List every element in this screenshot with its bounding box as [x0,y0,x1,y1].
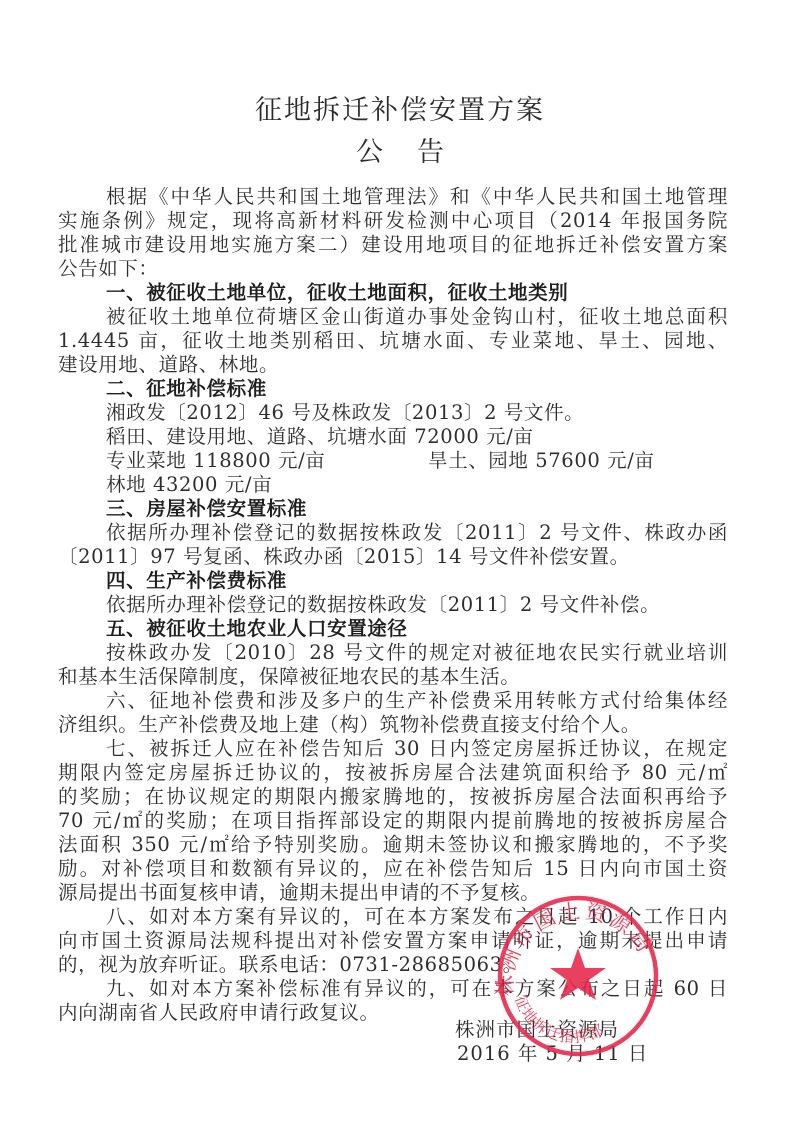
section-3-line-2: 〔2011〕97 号复函、株政办函〔2015〕14 号文件补偿安置。 [58,545,728,569]
issuer-name: 株洲市国土资源局 [455,1018,619,1042]
section-1-line-2: 1.4445 亩，征收土地类别稻田、坑塘水面、专业菜地、旱土、园地、 [58,329,728,353]
section-2-rate-dryland: 旱土、园地 57600 元/亩 [428,449,728,473]
intro-line-1: 根据《中华人民共和国土地管理法》和《中华人民共和国土地管理 [106,185,728,209]
section-7-line-3: 的奖励；在协议规定的期限内搬家腾地的，按被拆房屋合法面积再给予 [58,785,728,809]
section-7-line-5: 法面积 350 元/㎡给予特别奖励。逾期未签协议和搬家腾地的，不予奖 [58,833,728,857]
section-8-line-1: 八、如对本方案有异议的，可在本方案发布之日起 10 个工作日内 [106,905,728,929]
intro-line-3: 批准城市建设用地实施方案二）建设用地项目的征地拆迁补偿安置方案 [58,233,728,257]
section-5-heading: 五、被征收土地农业人口安置途径 [106,617,728,641]
section-9-line-2: 内向湖南省人民政府申请行政复议。 [58,1001,728,1025]
section-3-heading: 三、房屋补偿安置标准 [106,497,728,521]
section-1-heading: 一、被征收土地单位，征收土地面积，征收土地类别 [106,281,728,305]
section-7-line-1: 七、被拆迁人应在补偿告知后 30 日内签定房屋拆迁协议，在规定 [106,737,728,761]
intro-line-2: 实施条例》规定，现将高新材料研发检测中心项目（2014 年报国务院 [58,209,728,233]
section-9-line-1: 九、如对本方案补偿标准有异议的，可在本方案公布之日起 60 日 [106,977,728,1001]
section-2-rate-vegetable: 专业菜地 118800 元/亩 [106,449,406,473]
intro-line-4: 公告如下： [58,257,728,281]
section-5-line-2: 和基本生活保障制度，保障被征地农民的基本生活。 [58,665,728,689]
section-8-line-3: 的，视为放弃听证。联系电话：0731-28685063。 [58,953,728,977]
section-7-line-7: 源局提出书面复核申请，逾期未提出申请的不予复核。 [58,881,728,905]
document-title: 征地拆迁补偿安置方案 [0,88,800,127]
document-page: 征地拆迁补偿安置方案 公告 根据《中华人民共和国土地管理法》和《中华人民共和国土… [0,0,800,1125]
section-7-line-6: 励。对补偿项目和数额有异议的，应在补偿告知后 15 日内向市国土资 [58,857,728,881]
section-4-heading: 四、生产补偿费标准 [106,569,728,593]
section-1-line-1: 被征收土地单位荷塘区金山街道办事处金钩山村，征收土地总面积 [106,305,728,329]
section-2-heading: 二、征地补偿标准 [106,377,728,401]
section-1-line-3: 建设用地、道路、林地。 [58,353,728,377]
section-2-rate-paddy: 稻田、建设用地、道路、坑塘水面 72000 元/亩 [106,425,728,449]
section-6-line-1: 六、征地补偿费和涉及多户的生产补偿费采用转帐方式付给集体经 [106,689,728,713]
section-2-line-1: 湘政发〔2012〕46 号及株政发〔2013〕2 号文件。 [106,401,728,425]
document-subtitle: 公告 [0,130,800,169]
section-7-line-2: 期限内签定房屋拆迁协议的，按被拆房屋合法建筑面积给予 80 元/㎡ [58,761,728,785]
section-2-rate-forest: 林地 43200 元/亩 [106,473,728,497]
section-3-line-1: 依据所办理补偿登记的数据按株政发〔2011〕2 号文件、株政办函 [106,521,728,545]
section-8-line-2: 向市国土资源局法规科提出对补偿安置方案申请听证，逾期未提出申请 [58,929,728,953]
section-7-line-4: 70 元/㎡的奖励；在项目指挥部设定的期限内提前腾地的按被拆房屋合 [58,809,728,833]
issue-date: 2016 年 5 月 11 日 [457,1042,648,1066]
section-4-line-1: 依据所办理补偿登记的数据按株政发〔2011〕2 号文件补偿。 [106,593,728,617]
section-6-line-2: 济组织。生产补偿费及地上建（构）筑物补偿费直接支付给个人。 [58,713,728,737]
section-5-line-1: 按株政办发〔2010〕28 号文件的规定对被征地农民实行就业培训 [106,641,728,665]
